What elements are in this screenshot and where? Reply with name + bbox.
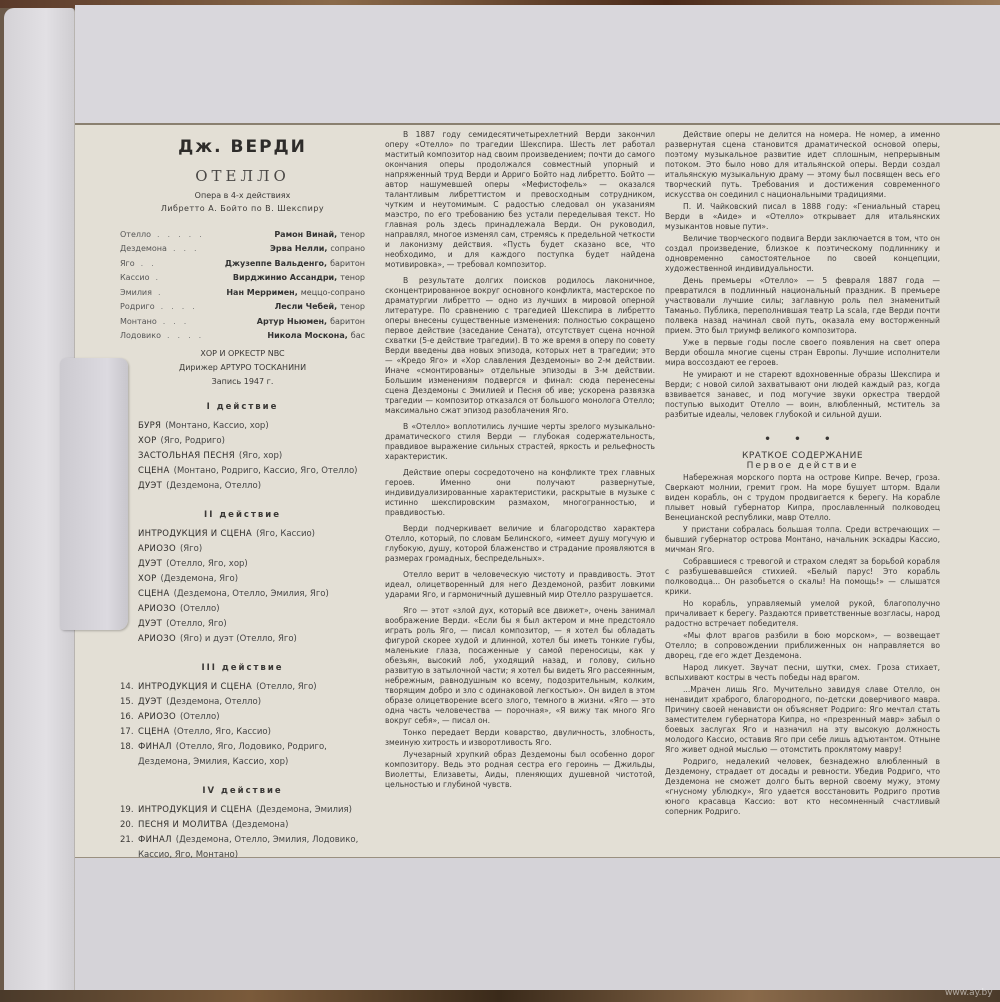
track-name: БУРЯ xyxy=(138,421,161,431)
section-divider-stars: • • • xyxy=(665,434,940,445)
track-item: ХОР(Яго, Родриго) xyxy=(120,434,365,449)
track-cast: (Дездемона, Отелло, Эмилия, Яго) xyxy=(174,589,329,599)
cast-row: Лодовико....Никола Москона,бас xyxy=(120,329,365,344)
track-item: ИНТРОДУКЦИЯ И СЦЕНА(Яго, Кассио) xyxy=(120,527,365,542)
track-item: 15.ДУЭТ(Дездемона, Отелло) xyxy=(120,695,365,710)
essay-paragraph: В 1887 году семидесятичетырехлетний Верд… xyxy=(385,130,655,270)
essay-paragraph: Верди подчеркивает величие и благородств… xyxy=(385,524,655,564)
cast-row: Отелло.....Рамон Винай,тенор xyxy=(120,227,365,242)
essay-paragraph: Действие оперы сосредоточено на конфликт… xyxy=(385,468,655,518)
track-name: ДУЭТ xyxy=(138,697,162,707)
track-item: ДУЭТ(Отелло, Яго, хор) xyxy=(120,557,365,572)
track-cast: (Яго) xyxy=(180,544,202,554)
liner-notes-insert: Дж. ВЕРДИ ОТЕЛЛО Опера в 4-х действиях Л… xyxy=(75,125,1000,857)
track-item: 21.ФИНАЛ(Дездемона, Отелло, Эмилия, Лодо… xyxy=(120,833,365,848)
track-cast: (Яго, хор) xyxy=(239,451,282,461)
track-item-continued: Дездемона, Эмилия, Кассио, хор) xyxy=(120,755,365,770)
track-item-continued: Кассио, Яго, Монтано) xyxy=(120,848,365,863)
track-name: ФИНАЛ xyxy=(138,835,172,845)
essay-paragraph: В «Отелло» воплотились лучшие черты зрел… xyxy=(385,422,655,462)
cast-voice: сопрано xyxy=(330,244,365,253)
cast-voice: бас xyxy=(351,331,365,340)
watermark: www.ay.by xyxy=(945,988,993,998)
synopsis-paragraph: У пристани собралась большая толпа. Сред… xyxy=(665,525,940,555)
track-cast: (Дездемона, Эмилия) xyxy=(256,805,352,815)
track-cast: (Монтано, Родриго, Кассио, Яго, Отелло) xyxy=(174,466,358,476)
essay-paragraph: Не умирают и не стареют вдохновенные обр… xyxy=(665,370,940,420)
cast-row: Родриго....Лесли Чебей,тенор xyxy=(120,300,365,315)
track-cast: (Монтано, Кассио, хор) xyxy=(165,421,268,431)
essay-column: В 1887 году семидесятичетырехлетний Верд… xyxy=(385,130,655,792)
synopsis-act-heading: Первое действие xyxy=(665,461,940,471)
cast-role: Лодовико xyxy=(120,331,161,340)
cast-role: Кассио xyxy=(120,273,149,282)
act-heading: IV действие xyxy=(120,786,365,796)
cast-singer: Артур Ньюмен, xyxy=(257,317,327,326)
essay-synopsis-column: Действие оперы не делится на номера. Не … xyxy=(665,130,940,819)
track-name: АРИОЗО xyxy=(138,544,176,554)
track-name: СЦЕНА xyxy=(138,589,170,599)
track-name: ФИНАЛ xyxy=(138,742,172,752)
cast-voice: баритон xyxy=(330,259,365,268)
track-cast: (Отелло, Яго) xyxy=(166,619,227,629)
track-name: ИНТРОДУКЦИЯ И СЦЕНА xyxy=(138,529,252,539)
track-item: АРИОЗО(Отелло) xyxy=(120,602,365,617)
cast-singer: Никола Москона, xyxy=(267,331,347,340)
track-name: ИНТРОДУКЦИЯ И СЦЕНА xyxy=(138,682,252,692)
opera-subtitle: Опера в 4-х действиях xyxy=(120,191,365,200)
synopsis-paragraph: Собравшиеся с тревогой и страхом следят … xyxy=(665,557,940,597)
track-name: ДУЭТ xyxy=(138,481,162,491)
cast-singer: Рамон Винай, xyxy=(274,230,337,239)
track-name: СЦЕНА xyxy=(138,727,170,737)
cast-singer: Джузеппе Вальденго, xyxy=(225,259,327,268)
essay-paragraph: День премьеры «Отелло» — 5 февраля 1887 … xyxy=(665,276,940,336)
track-cast: Дездемона, Эмилия, Кассио, хор) xyxy=(138,757,288,767)
track-cast: (Дездемона, Отелло) xyxy=(166,481,261,491)
track-cast: (Яго, Кассио) xyxy=(256,529,315,539)
cast-role: Отелло xyxy=(120,230,151,239)
track-item: БУРЯ(Монтано, Кассио, хор) xyxy=(120,419,365,434)
cast-voice: тенор xyxy=(340,302,365,311)
track-name: АРИОЗО xyxy=(138,604,176,614)
essay-paragraph: Величие творческого подвига Верди заключ… xyxy=(665,234,940,274)
cast-role: Эмилия xyxy=(120,288,152,297)
track-item: 18.ФИНАЛ(Отелло, Яго, Лодовико, Родриго, xyxy=(120,740,365,755)
track-cast: (Яго) и дуэт (Отелло, Яго) xyxy=(180,634,297,644)
track-item: ДУЭТ(Дездемона, Отелло) xyxy=(120,479,365,494)
track-cast: (Отелло, Яго, Кассио) xyxy=(174,727,271,737)
cast-row: Дездемона...Эрва Нелли,сопрано xyxy=(120,242,365,257)
synopsis-paragraph: Народ ликует. Звучат песни, шутки, смех.… xyxy=(665,663,940,683)
cast-role: Яго xyxy=(120,259,135,268)
essay-paragraph: Уже в первые годы после своего появления… xyxy=(665,338,940,368)
cast-role: Дездемона xyxy=(120,244,167,253)
cast-row: Монтано...Артур Ньюмен,баритон xyxy=(120,314,365,329)
cast-row: Яго..Джузеппе Вальденго,баритон xyxy=(120,256,365,271)
track-cast: (Отелло) xyxy=(180,604,220,614)
track-cast: (Отелло, Яго) xyxy=(256,682,317,692)
essay-paragraph: Тонко передает Верди коварство, двулично… xyxy=(385,728,655,748)
cast-singer: Вирджинио Ассандри, xyxy=(233,273,337,282)
act-heading: I действие xyxy=(120,402,365,412)
synopsis-paragraph: Но корабль, управляемый умелой рукой, бл… xyxy=(665,599,940,629)
track-item: 17.СЦЕНА(Отелло, Яго, Кассио) xyxy=(120,725,365,740)
track-cast: (Отелло, Яго, Лодовико, Родриго, xyxy=(176,742,327,752)
track-item: АРИОЗО(Яго) xyxy=(120,542,365,557)
track-cast: (Дездемона, Отелло) xyxy=(166,697,261,707)
track-item: СЦЕНА(Монтано, Родриго, Кассио, Яго, Оте… xyxy=(120,464,365,479)
track-name: ЗАСТОЛЬНАЯ ПЕСНЯ xyxy=(138,451,235,461)
track-name: ДУЭТ xyxy=(138,619,162,629)
cast-singer: Лесли Чебей, xyxy=(275,302,338,311)
track-item: СЦЕНА(Дездемона, Отелло, Эмилия, Яго) xyxy=(120,587,365,602)
track-cast: (Отелло, Яго, хор) xyxy=(166,559,248,569)
cast-voice: меццо-сопрано xyxy=(301,288,365,297)
track-name: СЦЕНА xyxy=(138,466,170,476)
cast-role: Монтано xyxy=(120,317,157,326)
track-name: ХОР xyxy=(138,436,157,446)
track-name: ХОР xyxy=(138,574,157,584)
track-item: 19.ИНТРОДУКЦИЯ И СЦЕНА(Дездемона, Эмилия… xyxy=(120,803,365,818)
credits-column: Дж. ВЕРДИ ОТЕЛЛО Опера в 4-х действиях Л… xyxy=(120,133,365,863)
cast-voice: тенор xyxy=(340,230,365,239)
cast-singer: Нан Мерримен, xyxy=(226,288,297,297)
track-item: АРИОЗО(Яго) и дуэт (Отелло, Яго) xyxy=(120,632,365,647)
composer-name: Дж. ВЕРДИ xyxy=(120,137,365,157)
essay-paragraph: Лучезарный хрупкий образ Дездемоны был о… xyxy=(385,750,655,790)
cast-singer: Эрва Нелли, xyxy=(270,244,327,253)
track-cast: (Яго, Родриго) xyxy=(161,436,225,446)
track-name: АРИОЗО xyxy=(138,634,176,644)
act-heading: II действие xyxy=(120,510,365,520)
track-item: 20.ПЕСНЯ И МОЛИТВА(Дездемона) xyxy=(120,818,365,833)
cast-role: Родриго xyxy=(120,302,155,311)
synopsis-paragraph: Родриго, недалекий человек, безнадежно в… xyxy=(665,757,940,817)
background-carpet-bottom xyxy=(0,990,1000,1002)
track-item: ДУЭТ(Отелло, Яго) xyxy=(120,617,365,632)
track-cast: Кассио, Яго, Монтано) xyxy=(138,850,238,860)
cast-row: Кассио.Вирджинио Ассандри,тенор xyxy=(120,271,365,286)
track-name: ИНТРОДУКЦИЯ И СЦЕНА xyxy=(138,805,252,815)
track-name: ПЕСНЯ И МОЛИТВА xyxy=(138,820,228,830)
track-cast: (Отелло) xyxy=(180,712,220,722)
essay-paragraph: Отелло верит в человеческую чистоту и пр… xyxy=(385,570,655,600)
synopsis-paragraph: «Мы флот врагов разбили в бою морском», … xyxy=(665,631,940,661)
cast-voice: баритон xyxy=(330,317,365,326)
synopsis-paragraph: Набережная морского порта на острове Кип… xyxy=(665,473,940,523)
track-cast: (Дездемона) xyxy=(232,820,289,830)
libretto-credit: Либретто А. Бойто по В. Шекспиру xyxy=(120,204,365,213)
track-item: 16.АРИОЗО(Отелло) xyxy=(120,710,365,725)
essay-paragraph: Яго — этот «злой дух, который все движет… xyxy=(385,606,655,726)
sleeve-torn-tab xyxy=(60,358,128,630)
cast-row: Эмилия.Нан Мерримен,меццо-сопрано xyxy=(120,285,365,300)
track-item: ХОР(Дездемона, Яго) xyxy=(120,572,365,587)
sleeve-bottom-flap xyxy=(75,857,1000,991)
chorus-orchestra: ХОР И ОРКЕСТР NBC xyxy=(120,349,365,358)
act-heading: III действие xyxy=(120,663,365,673)
cast-list: Отелло.....Рамон Винай,тенор Дездемона..… xyxy=(120,227,365,343)
essay-paragraph: В результате долгих поисков родилось лак… xyxy=(385,276,655,416)
sleeve-top-flap xyxy=(75,5,1000,125)
track-name: ДУЭТ xyxy=(138,559,162,569)
conductor-credit: Дирижер АРТУРО ТОСКАНИНИ xyxy=(120,363,365,372)
recording-year: Запись 1947 г. xyxy=(120,377,365,386)
opera-title: ОТЕЛЛО xyxy=(120,167,365,185)
essay-paragraph: П. И. Чайковский писал в 1888 году: «Ген… xyxy=(665,202,940,232)
track-item: ЗАСТОЛЬНАЯ ПЕСНЯ(Яго, хор) xyxy=(120,449,365,464)
essay-paragraph: Действие оперы не делится на номера. Не … xyxy=(665,130,940,200)
track-cast: (Дездемона, Яго) xyxy=(161,574,238,584)
track-name: АРИОЗО xyxy=(138,712,176,722)
track-item: 14.ИНТРОДУКЦИЯ И СЦЕНА(Отелло, Яго) xyxy=(120,680,365,695)
track-cast: (Дездемона, Отелло, Эмилия, Лодовико, xyxy=(176,835,359,845)
synopsis-paragraph: ...Мрачен лишь Яго. Мучительно завидуя с… xyxy=(665,685,940,755)
cast-voice: тенор xyxy=(340,273,365,282)
synopsis-title: КРАТКОЕ СОДЕРЖАНИЕ xyxy=(665,451,940,461)
